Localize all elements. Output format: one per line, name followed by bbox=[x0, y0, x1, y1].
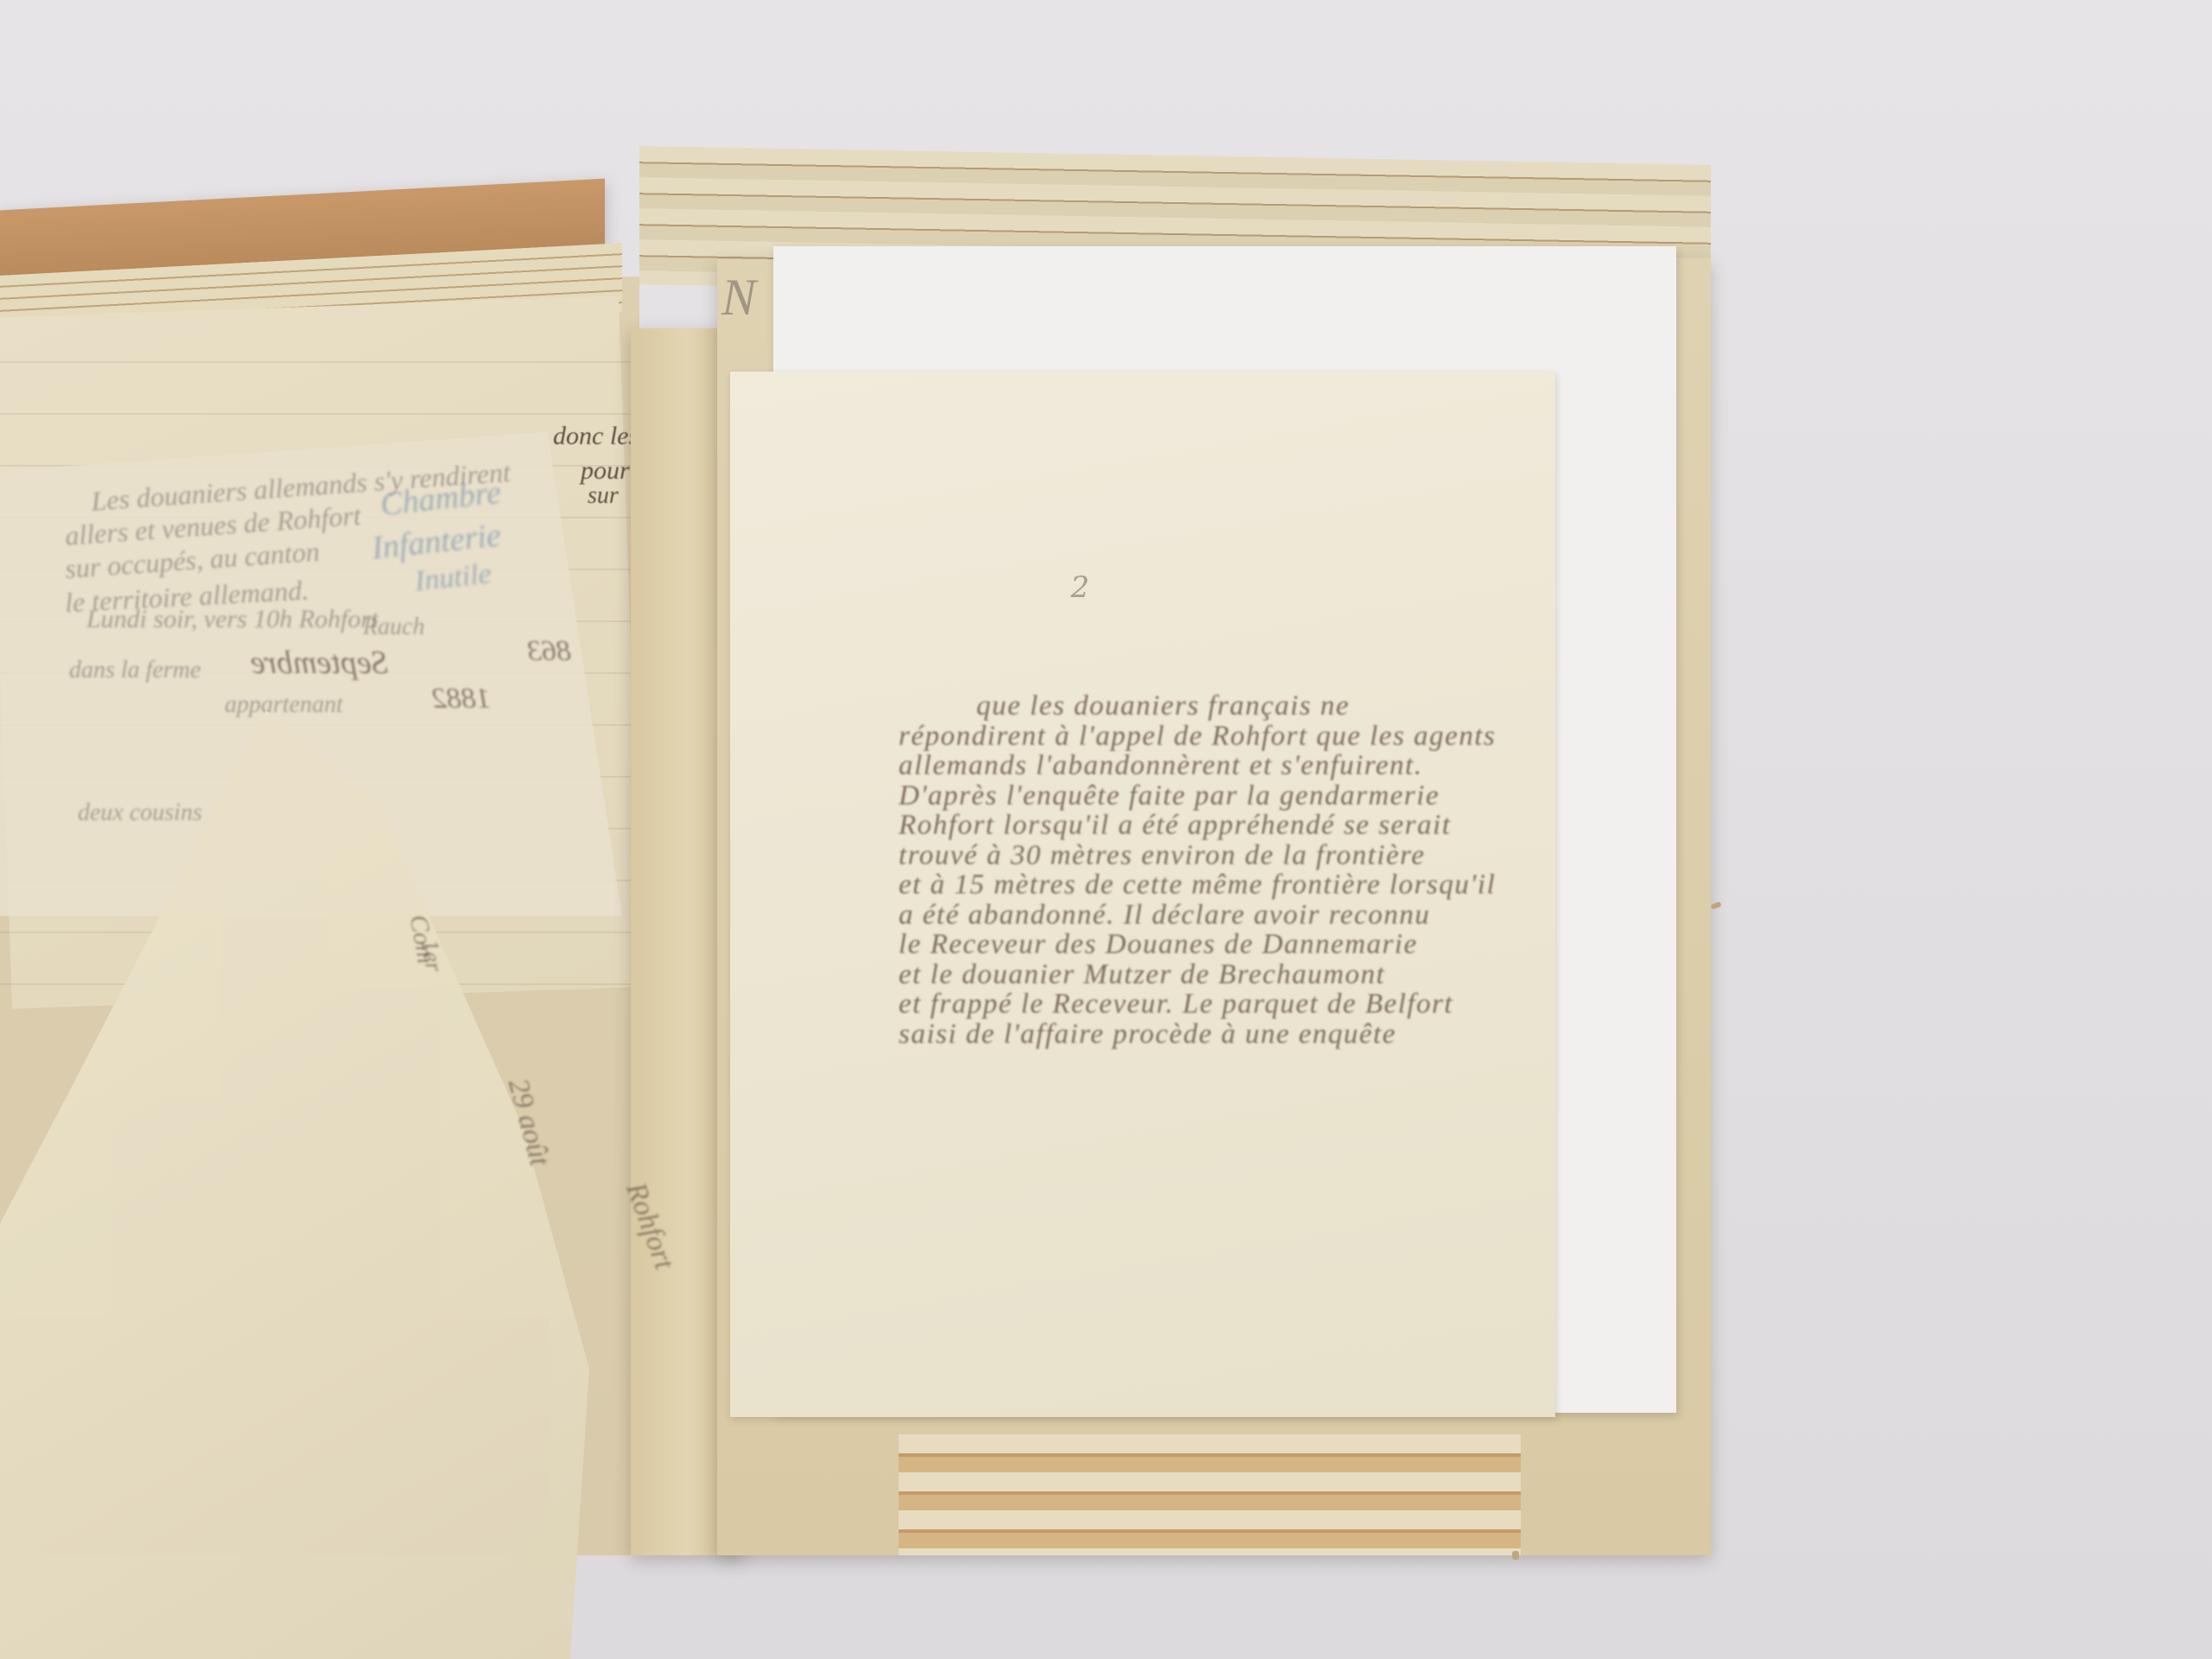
paper-fleck bbox=[1512, 1551, 1519, 1560]
folded-note: 1er bbox=[415, 938, 448, 974]
faint-line: deux cousins bbox=[78, 799, 202, 827]
text-line: saisi de l'affaire procède à une enquête bbox=[899, 1020, 1538, 1050]
text-line: que les douaniers français ne bbox=[899, 691, 1538, 721]
left-margin-text: donc les bbox=[553, 422, 639, 451]
text-line: Rohfort lorsqu'il a été appréhendé se se… bbox=[899, 810, 1538, 841]
paper-fleck bbox=[1710, 901, 1721, 910]
page-number: 2 bbox=[1037, 570, 1123, 605]
text-line: trouvé à 30 mètres environ de la frontiè… bbox=[899, 841, 1538, 871]
left-margin-text: pour bbox=[581, 456, 630, 486]
text-line: répondirent à l'appel de Rohfort que les… bbox=[899, 721, 1538, 752]
text-line: allemands l'abandonnèrent et s'enfuirent… bbox=[899, 751, 1538, 781]
text-line: et le douanier Mutzer de Brechaumont bbox=[899, 960, 1538, 990]
left-margin-text: sur bbox=[588, 482, 619, 510]
reversed-note: 1882 bbox=[432, 683, 491, 715]
reversed-note: 863 bbox=[527, 635, 571, 668]
faint-line: dans la ferme bbox=[69, 657, 200, 684]
text-line: le Receveur des Douanes de Dannemarie bbox=[899, 930, 1538, 960]
text-line: et frappé le Receveur. Le parquet de Bel… bbox=[899, 989, 1538, 1020]
behind-sheet-header: N bbox=[721, 268, 756, 327]
faint-line: Rauch bbox=[363, 613, 425, 641]
text-line: D'après l'enquête faite par la gendarmer… bbox=[899, 781, 1538, 811]
main-document-text: que les douaniers français ne répondiren… bbox=[899, 691, 1538, 1049]
faint-line: appartenant bbox=[225, 691, 343, 719]
right-stack-bottom-edges bbox=[899, 1434, 1521, 1555]
text-line: et à 15 mètres de cette même frontière l… bbox=[899, 870, 1538, 900]
reversed-note: Septembre bbox=[251, 644, 388, 682]
text-line: a été abandonné. Il déclare avoir reconn… bbox=[899, 900, 1538, 931]
faint-line: Lundi soir, vers 10h Rohfort bbox=[86, 605, 378, 634]
